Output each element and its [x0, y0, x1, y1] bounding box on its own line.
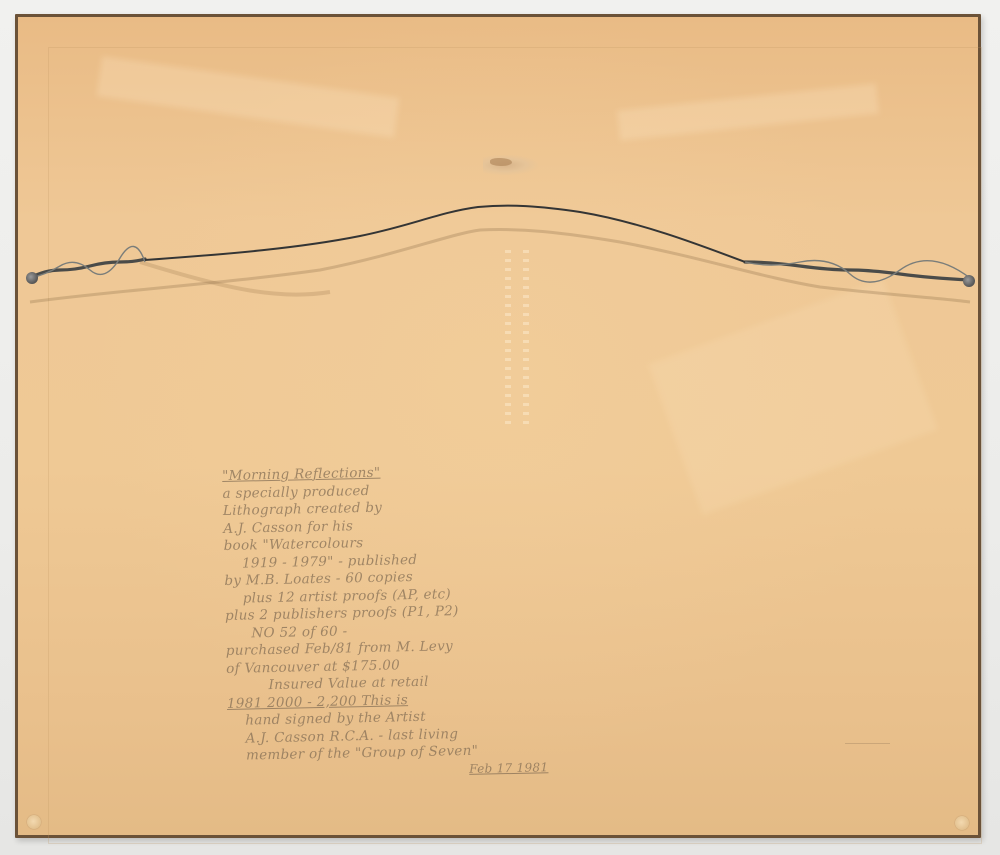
pinhole-marks	[505, 250, 545, 430]
paper-tear-hole	[490, 158, 512, 166]
faint-pencil-mark	[845, 743, 890, 744]
paper-crease	[617, 83, 879, 140]
paper-crease	[648, 279, 938, 515]
screw-eye-left	[26, 272, 38, 284]
wall-bumper-left	[27, 815, 41, 829]
paper-crease	[97, 56, 400, 137]
wall-bumper-right	[955, 816, 969, 830]
handwritten-inscription: "Morning Reflections" a specially produc…	[222, 461, 559, 783]
screw-eye-right	[963, 275, 975, 287]
